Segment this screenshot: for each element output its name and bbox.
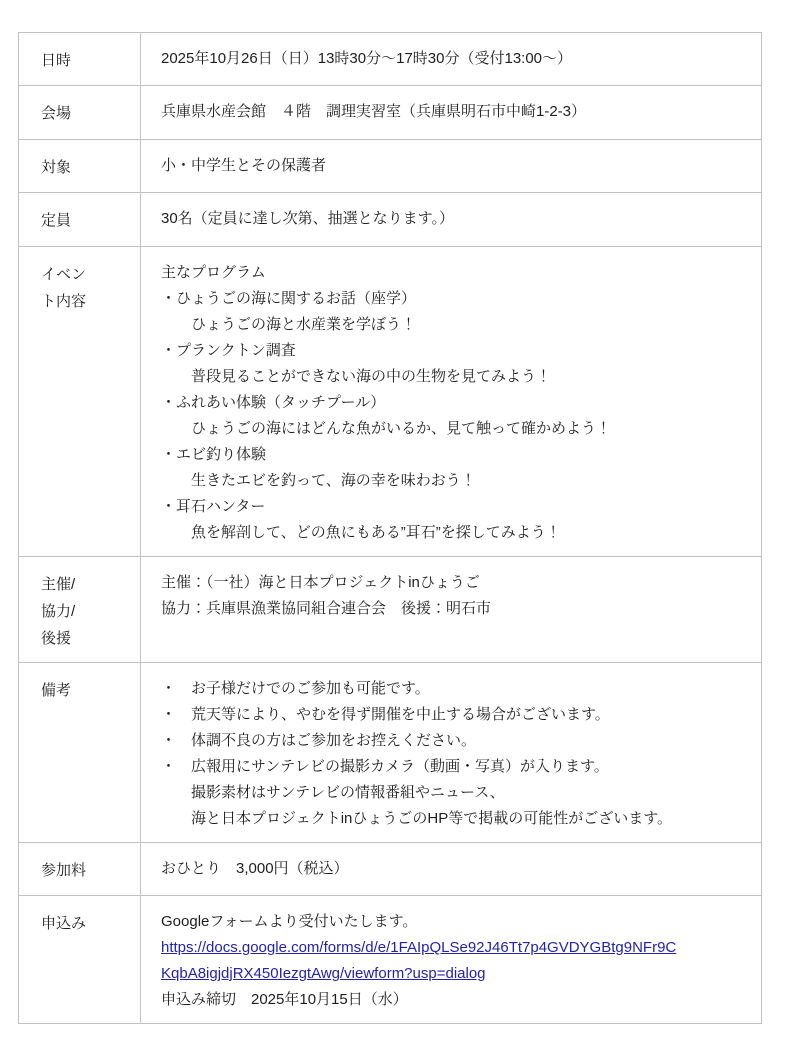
program-item-detail: ひょうごの海にはどんな魚がいるか、見て触って確かめよう！: [161, 416, 747, 442]
table-row-datetime: 日時 2025年10月26日（日）13時30分～17時30分（受付13:00～）: [19, 33, 762, 86]
capacity-text: 30名（定員に達し次第、抽選となります。）: [161, 206, 747, 232]
organizer-text: 主催：（一社）海と日本プロジェクトinひょうご: [161, 570, 747, 596]
program-item: ・ひょうごの海に関するお話（座学）: [161, 286, 747, 312]
bullet-icon: ・: [161, 702, 191, 728]
event-info-table: 日時 2025年10月26日（日）13時30分～17時30分（受付13:00～）…: [18, 32, 762, 1024]
program-item-detail: 生きたエビを釣って、海の幸を味わおう！: [161, 468, 747, 494]
table-row-organizers: 主催/ 協力/ 後援 主催：（一社）海と日本プロジェクトinひょうご 協力：兵庫…: [19, 557, 762, 663]
note-text: 荒天等により、やむを得ず開催を中止する場合がございます。: [191, 702, 747, 728]
program-item: ・ふれあい体験（タッチプール）: [161, 390, 747, 416]
row-label-organizers: 主催/ 協力/ 後援: [19, 557, 141, 663]
table-row-program: イベン ト内容 主なプログラム ・ひょうごの海に関するお話（座学） ひょうごの海…: [19, 247, 762, 557]
bullet-spacer: [161, 806, 191, 832]
program-item-detail: 普段見ることができない海の中の生物を見てみよう！: [161, 364, 747, 390]
program-item: ・耳石ハンター: [161, 494, 747, 520]
row-value-venue: 兵庫県水産会館 ４階 調理実習室（兵庫県明石市中崎1-2-3）: [141, 86, 762, 140]
cooperation-support-text: 協力：兵庫県漁業協同組合連合会 後援：明石市: [161, 596, 747, 622]
row-label-target: 対象: [19, 140, 141, 193]
program-item: ・プランクトン調査: [161, 338, 747, 364]
row-label-program: イベン ト内容: [19, 247, 141, 557]
venue-text: 兵庫県水産会館 ４階 調理実習室（兵庫県明石市中崎1-2-3）: [161, 99, 747, 125]
row-value-target: 小・中学生とその保護者: [141, 140, 762, 193]
row-value-capacity: 30名（定員に達し次第、抽選となります。）: [141, 193, 762, 247]
row-value-program: 主なプログラム ・ひょうごの海に関するお話（座学） ひょうごの海と水産業を学ぼう…: [141, 247, 762, 557]
fee-text: おひとり 3,000円（税込）: [161, 856, 747, 882]
form-link-line-2: KqbA8igjdjRX450IezgtAwg/viewform?usp=dia…: [161, 961, 747, 987]
note-text: 広報用にサンテレビの撮影カメラ（動画・写真）が入ります。: [191, 754, 747, 780]
table-row-target: 対象 小・中学生とその保護者: [19, 140, 762, 193]
note-item: ・ 広報用にサンテレビの撮影カメラ（動画・写真）が入ります。: [161, 754, 747, 780]
row-label-capacity: 定員: [19, 193, 141, 247]
row-value-organizers: 主催：（一社）海と日本プロジェクトinひょうご 協力：兵庫県漁業協同組合連合会 …: [141, 557, 762, 663]
note-text: 海と日本プロジェクトinひょうごのHP等で掲載の可能性がございます。: [191, 806, 747, 832]
note-text: 体調不良の方はご参加をお控えください。: [191, 728, 747, 754]
row-label-datetime: 日時: [19, 33, 141, 86]
application-deadline-text: 申込み締切 2025年10月15日（水）: [161, 987, 747, 1013]
table-row-application: 申込み Googleフォームより受付いたします。 https://docs.go…: [19, 896, 762, 1024]
table-row-notes: 備考 ・ お子様だけでのご参加も可能です。 ・ 荒天等により、やむを得ず開催を中…: [19, 663, 762, 843]
row-value-notes: ・ お子様だけでのご参加も可能です。 ・ 荒天等により、やむを得ず開催を中止する…: [141, 663, 762, 843]
application-intro-text: Googleフォームより受付いたします。: [161, 909, 747, 935]
note-continuation: 海と日本プロジェクトinひょうごのHP等で掲載の可能性がございます。: [161, 806, 747, 832]
google-form-link[interactable]: https://docs.google.com/forms/d/e/1FAIpQ…: [161, 935, 747, 987]
form-link-line-1: https://docs.google.com/forms/d/e/1FAIpQ…: [161, 935, 747, 961]
note-item: ・ 体調不良の方はご参加をお控えください。: [161, 728, 747, 754]
program-heading: 主なプログラム: [161, 260, 747, 286]
program-item-detail: 魚を解剖して、どの魚にもある”耳石”を探してみよう！: [161, 520, 747, 546]
table-row-capacity: 定員 30名（定員に達し次第、抽選となります。）: [19, 193, 762, 247]
bullet-icon: ・: [161, 676, 191, 702]
bullet-icon: ・: [161, 728, 191, 754]
row-value-fee: おひとり 3,000円（税込）: [141, 843, 762, 896]
bullet-icon: ・: [161, 754, 191, 780]
note-text: お子様だけでのご参加も可能です。: [191, 676, 747, 702]
event-info-page: { "link_color": "#2222ac", "table": { "r…: [0, 0, 800, 1047]
target-text: 小・中学生とその保護者: [161, 153, 747, 179]
note-text: 撮影素材はサンテレビの情報番組やニュース、: [191, 780, 747, 806]
row-label-application: 申込み: [19, 896, 141, 1024]
datetime-text: 2025年10月26日（日）13時30分～17時30分（受付13:00～）: [161, 46, 747, 72]
note-item: ・ 荒天等により、やむを得ず開催を中止する場合がございます。: [161, 702, 747, 728]
row-label-fee: 参加料: [19, 843, 141, 896]
program-item-detail: ひょうごの海と水産業を学ぼう！: [161, 312, 747, 338]
row-value-datetime: 2025年10月26日（日）13時30分～17時30分（受付13:00～）: [141, 33, 762, 86]
note-item: ・ お子様だけでのご参加も可能です。: [161, 676, 747, 702]
document-sheet: 日時 2025年10月26日（日）13時30分～17時30分（受付13:00～）…: [18, 32, 762, 1024]
table-row-fee: 参加料 おひとり 3,000円（税込）: [19, 843, 762, 896]
program-item: ・エビ釣り体験: [161, 442, 747, 468]
row-label-notes: 備考: [19, 663, 141, 843]
note-continuation: 撮影素材はサンテレビの情報番組やニュース、: [161, 780, 747, 806]
row-label-venue: 会場: [19, 86, 141, 140]
table-row-venue: 会場 兵庫県水産会館 ４階 調理実習室（兵庫県明石市中崎1-2-3）: [19, 86, 762, 140]
bullet-spacer: [161, 780, 191, 806]
row-value-application: Googleフォームより受付いたします。 https://docs.google…: [141, 896, 762, 1024]
